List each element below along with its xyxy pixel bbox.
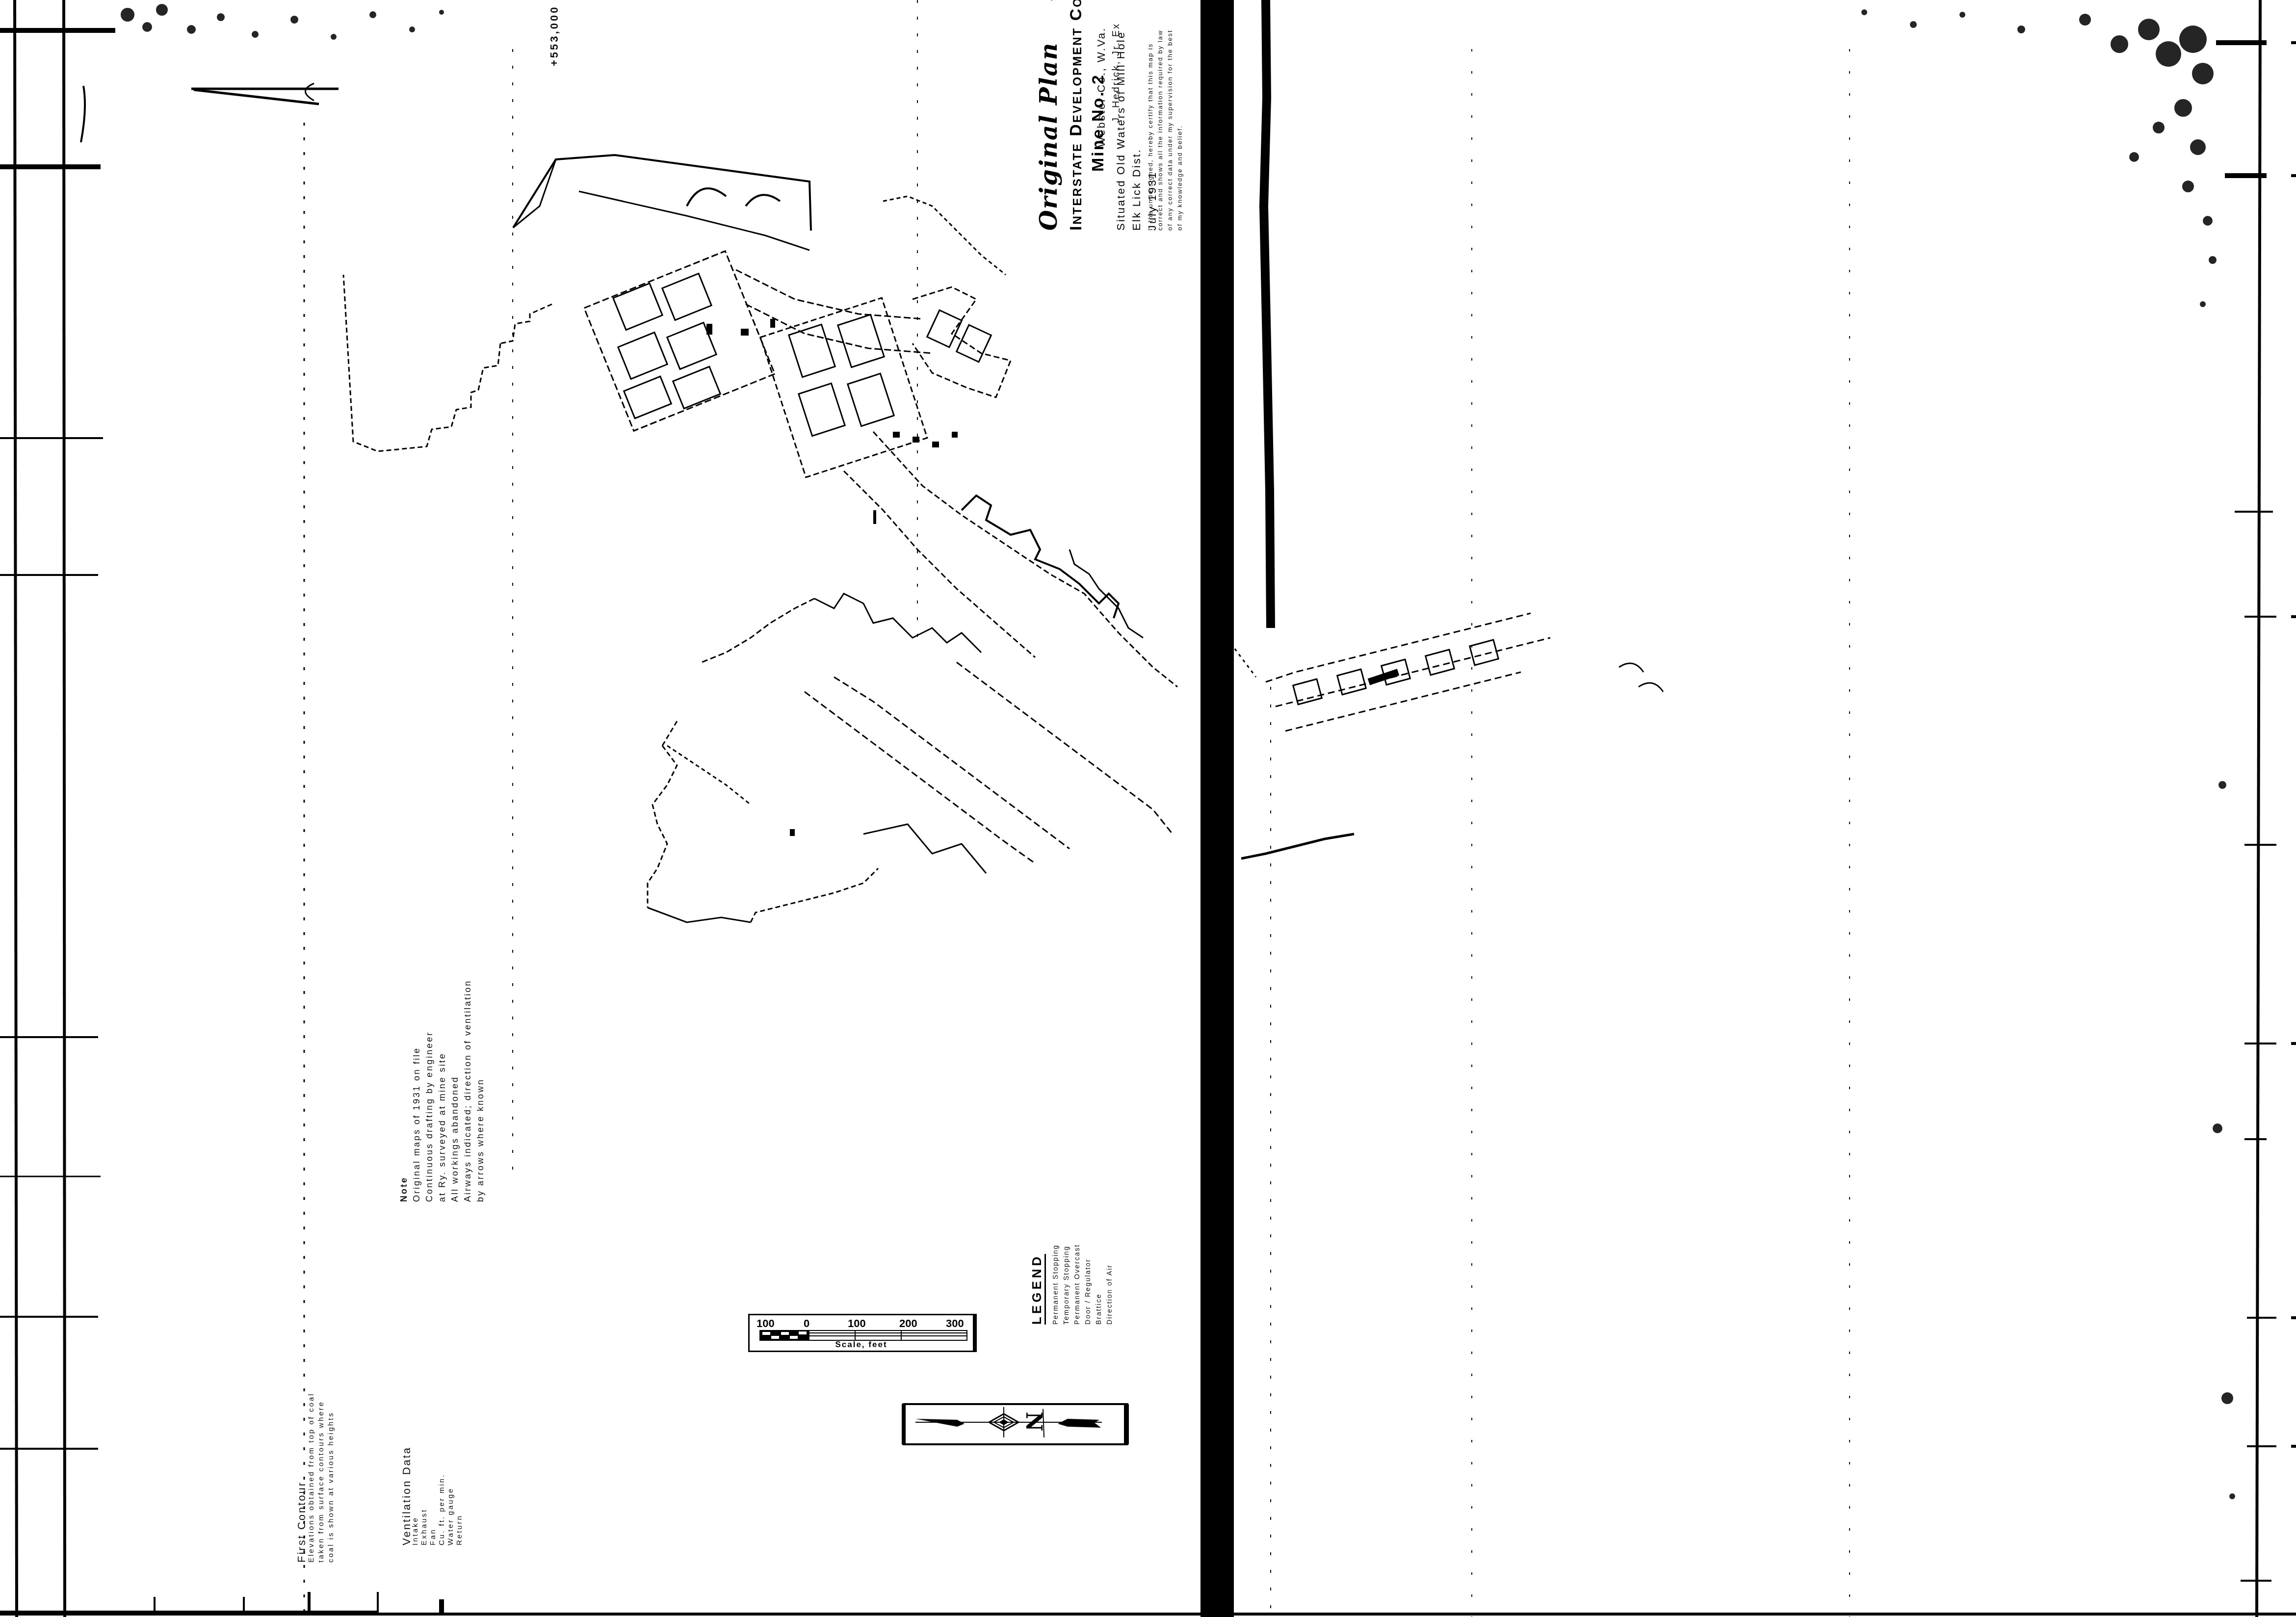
legend-title: LEGEND	[1029, 1254, 1046, 1325]
county-line: Webster Co., W.Va.	[1095, 27, 1108, 147]
dark-entry-mark	[1369, 672, 1398, 682]
scale-graphic	[759, 1330, 967, 1341]
legend: LEGEND Permanent Stopping Temporary Stop…	[1029, 1244, 1115, 1325]
ventilation-line: Water gauge	[446, 1446, 455, 1545]
ventilation-line: Exhaust	[420, 1446, 429, 1545]
map-number: 46-0257-D	[1036, 0, 1062, 0]
notes-title: Note	[397, 980, 410, 1202]
notes-line: Continuous drafting by engineer	[423, 980, 436, 1202]
sheet-divider-band	[1200, 0, 1234, 1617]
ventilation-line: Fan	[429, 1446, 438, 1545]
notes-line: Airways indicated; direction of ventilat…	[461, 980, 474, 1202]
north-letter: N	[1021, 1411, 1046, 1431]
scan-edge-curve	[81, 86, 85, 142]
certification-block: I, the undersigned, hereby certify that …	[1146, 30, 1185, 231]
scale-tick-label: 0	[804, 1317, 809, 1330]
north-arrow-icon: N	[902, 1403, 1129, 1445]
scale-tick-label: 100	[757, 1317, 775, 1330]
legend-item: Temporary Stopping	[1061, 1244, 1071, 1325]
first-contour-line: Elevations obtained from top of coal	[307, 1393, 316, 1563]
district-line: Elk Lick Dist.	[1130, 0, 1143, 231]
certification-line: of any correct data under my supervision…	[1165, 30, 1175, 231]
engineer-name: J. Hedrick, Jr. Ex	[1110, 23, 1122, 123]
notes-line: All workings abandoned	[448, 980, 461, 1202]
legend-item: Brattice	[1093, 1244, 1104, 1325]
notes-line: Original maps of 1931 on file	[410, 980, 423, 1202]
ventilation-block: Ventilation Data Intake Exhaust Fan Cu. …	[402, 1446, 464, 1545]
scale-tick-label: 300	[946, 1317, 964, 1330]
legend-item: Permanent Overcast	[1071, 1244, 1082, 1325]
coordinate-label: +553,000	[548, 5, 561, 66]
mine-map-drawing	[0, 0, 2296, 1617]
ventilation-title: Ventilation Data	[402, 1446, 411, 1545]
scale-tick-label: 200	[899, 1317, 917, 1330]
notes-line: by arrows where known	[474, 980, 487, 1202]
right-border-grid	[2216, 0, 2296, 1617]
scale-bar: 100 0 100 200 300 Scale, feet	[748, 1314, 977, 1352]
left-border-grid	[0, 0, 378, 1617]
mine-workings-main	[304, 0, 1204, 1617]
first-contour-line: coal is shown at various heights	[326, 1393, 336, 1563]
legend-item: Direction of Air	[1104, 1244, 1115, 1325]
secondary-divider-line	[1264, 0, 1271, 628]
legend-item: Permanent Stopping	[1050, 1244, 1061, 1325]
scale-caption: Scale, feet	[750, 1340, 973, 1350]
mine-workings-right	[1226, 49, 1850, 1617]
map-title: Original Plan	[1035, 42, 1063, 231]
scale-tick-label: 100	[848, 1317, 866, 1330]
top-meridian-arrow	[191, 83, 339, 104]
legend-item: Door / Regulator	[1082, 1244, 1093, 1325]
notes-line: at Ry. surveyed at mine site	[436, 980, 448, 1202]
stopping-marks	[706, 319, 958, 836]
first-contour-title: First Contour	[297, 1393, 307, 1563]
certification-line: I, the undersigned, hereby certify that …	[1146, 30, 1155, 231]
first-contour-line: taken from surface contours where	[316, 1393, 326, 1563]
map-sheet: +553,000 Original Plan 46-0257-D Interst…	[0, 0, 2296, 1617]
company-name: Interstate Development Co.	[1067, 0, 1086, 231]
ventilation-line: Cu. ft. per min.	[438, 1446, 446, 1545]
certification-line: correct and shows all the information re…	[1155, 30, 1165, 231]
notes-block: Note Original maps of 1931 on file Conti…	[397, 980, 487, 1202]
ventilation-line: Return	[455, 1446, 464, 1545]
certification-line: of my knowledge and belief.	[1175, 30, 1185, 231]
first-contour-block: First Contour Elevations obtained from t…	[297, 1393, 336, 1563]
